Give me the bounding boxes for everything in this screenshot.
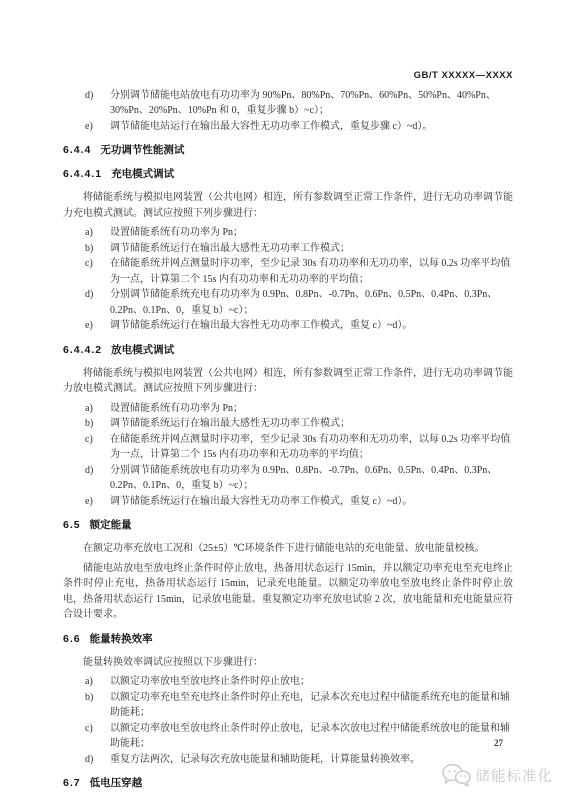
list-item: b) 以额定功率充电至充电终止条件时停止充电，记录本次充电过程中储能系统充电的能… (85, 690, 513, 721)
intro-paragraph: 能量转换效率调试应按照以下步骤进行： (63, 655, 513, 671)
list-item: a) 以额定功率放电至放电终止条件时停止放电； (85, 674, 513, 690)
step-label: e) (85, 494, 110, 510)
step-list-6-4-4-1: a) 设置储能系统有功功率为 Pn； b) 调节储能系统运行在输出最大感性无功功… (63, 225, 513, 334)
step-label: d) (85, 88, 110, 119)
list-item: c) 以额定功率放电至放电终止条件时停止放电，记录本次放电过程中储能系统放电的能… (85, 721, 513, 752)
section-title: 无功调节性能测试 (100, 144, 184, 156)
list-item: b) 调节储能系统运行在输出最大感性无功功率工作模式； (85, 416, 513, 432)
step-label: d) (85, 752, 110, 768)
section-number: 6.6 (63, 633, 81, 645)
step-list-6-6: a) 以额定功率放电至放电终止条件时停止放电； b) 以额定功率充电至充电终止条… (63, 674, 513, 767)
list-item: d) 分别调节储能电站放电有功功率为 90%Pn、80%Pn、70%Pn、60%… (85, 88, 513, 119)
step-label: a) (85, 225, 110, 241)
document-page: GB/T XXXXX—XXXX d) 分别调节储能电站放电有功功率为 90%Pn… (0, 0, 565, 800)
section-heading-6-4-4: 6.4.4无功调节性能测试 (63, 143, 513, 158)
step-label: c) (85, 721, 110, 752)
step-text: 调节储能电站运行在输出最大容性无功功率工作模式，重复步骤 c）~d）。 (110, 119, 513, 135)
list-item: e) 调节储能系统运行在输出最大容性无功功率工作模式，重复 c）~d）。 (85, 494, 513, 510)
step-label: b) (85, 241, 110, 257)
intro-paragraph: 将储能系统与模拟电网装置（公共电网）相连，所有参数调至正常工作条件，进行无功功率… (63, 366, 513, 397)
body-paragraph: 在额定功率充放电工况和（25±5）℃环境条件下进行储能电站的充电能量、放电能量校… (63, 541, 513, 557)
step-text: 调节储能系统运行在输出最大容性无功功率工作模式，重复 c）~d）。 (110, 318, 513, 334)
step-text: 分别调节储能电站放电有功功率为 90%Pn、80%Pn、70%Pn、60%Pn、… (110, 88, 513, 119)
body-paragraph: 储能电站放电至放电终止条件时停止放电，热备用状态运行 15min，并以额定功率充… (63, 561, 513, 623)
step-label: e) (85, 119, 110, 135)
section-title: 能量转换效率 (90, 633, 153, 645)
step-text: 调节储能系统运行在输出最大容性无功功率工作模式，重复 c）~d）。 (110, 494, 513, 510)
step-label: b) (85, 690, 110, 721)
section-number: 6.4.4.1 (63, 168, 102, 180)
list-item: d) 分别调节储能系统充电有功功率为 0.9Pn、0.8Pn、-0.7Pn、0.… (85, 287, 513, 318)
watermark: 储能标准化 (441, 763, 554, 792)
step-text: 设置储能系统有功功率为 Pn； (110, 225, 513, 241)
section-heading-6-6: 6.6能量转换效率 (63, 632, 513, 647)
list-item: a) 设置储能系统有功功率为 Pn； (85, 401, 513, 417)
section-title: 充电模式调试 (111, 168, 174, 180)
list-item: e) 调节储能电站运行在输出最大容性无功功率工作模式，重复步骤 c）~d）。 (85, 119, 513, 135)
step-list-6-4-4-2: a) 设置储能系统有功功率为 Pn； b) 调节储能系统运行在输出最大感性无功功… (63, 401, 513, 510)
step-text: 在储能系统并网点测量时序功率，至少记录 30s 有功功率和无功功率，以每 0.2… (110, 432, 513, 463)
watermark-label: 储能标准化 (476, 770, 554, 786)
step-text: 设置储能系统有功功率为 Pn； (110, 401, 513, 417)
section-heading-6-4-4-2: 6.4.4.2放电模式调试 (63, 343, 513, 358)
section-number: 6.4.4.2 (63, 344, 102, 356)
section-title: 低电压穿越 (90, 777, 143, 789)
intro-paragraph: 将储能系统与模拟电网装置（公共电网）相连，所有参数调至正常工作条件，进行无功功率… (63, 190, 513, 221)
step-text: 分别调节储能系统放电有功功率为 0.9Pn、0.8Pn、-0.7Pn、0.6Pn… (110, 463, 513, 494)
list-item: b) 调节储能系统运行在输出最大感性无功功率工作模式； (85, 241, 513, 257)
step-label: d) (85, 287, 110, 318)
step-label: a) (85, 674, 110, 690)
step-label: e) (85, 318, 110, 334)
step-text: 调节储能系统运行在输出最大感性无功功率工作模式； (110, 416, 513, 432)
section-number: 6.4.4 (63, 144, 91, 156)
list-item: a) 设置储能系统有功功率为 Pn； (85, 225, 513, 241)
step-label: a) (85, 401, 110, 417)
step-label: c) (85, 256, 110, 287)
section-number: 6.7 (63, 777, 81, 789)
step-text: 在储能系统并网点测量时序功率，至少记录 30s 有功功率和无功功率，以每 0.2… (110, 256, 513, 287)
page-number: 27 (494, 736, 503, 752)
step-text: 以额定功率放电至放电终止条件时停止放电； (110, 674, 513, 690)
step-text: 以额定功率放电至放电终止条件时停止放电，记录本次放电过程中储能系统放电的能量和辅… (110, 721, 513, 752)
list-item: c) 在储能系统并网点测量时序功率，至少记录 30s 有功功率和无功功率，以每 … (85, 432, 513, 463)
step-label: b) (85, 416, 110, 432)
section-title: 额定能量 (90, 519, 132, 531)
section-heading-6-5: 6.5额定能量 (63, 518, 513, 533)
doc-code: GB/T XXXXX—XXXX (63, 0, 513, 84)
continued-step-list: d) 分别调节储能电站放电有功功率为 90%Pn、80%Pn、70%Pn、60%… (63, 88, 513, 135)
step-text: 以额定功率充电至充电终止条件时停止充电，记录本次充电过程中储能系统充电的能量和辅… (110, 690, 513, 721)
step-text: 调节储能系统运行在输出最大感性无功功率工作模式； (110, 241, 513, 257)
section-heading-6-4-4-1: 6.4.4.1充电模式调试 (63, 167, 513, 182)
section-number: 6.5 (63, 519, 81, 531)
step-label: d) (85, 463, 110, 494)
section-title: 放电模式调试 (111, 344, 174, 356)
step-text: 分别调节储能系统充电有功功率为 0.9Pn、0.8Pn、-0.7Pn、0.6Pn… (110, 287, 513, 318)
step-label: c) (85, 432, 110, 463)
wechat-chat-bubbles-icon (441, 763, 471, 792)
list-item: e) 调节储能系统运行在输出最大容性无功功率工作模式，重复 c）~d）。 (85, 318, 513, 334)
list-item: d) 分别调节储能系统放电有功功率为 0.9Pn、0.8Pn、-0.7Pn、0.… (85, 463, 513, 494)
list-item: c) 在储能系统并网点测量时序功率，至少记录 30s 有功功率和无功功率，以每 … (85, 256, 513, 287)
